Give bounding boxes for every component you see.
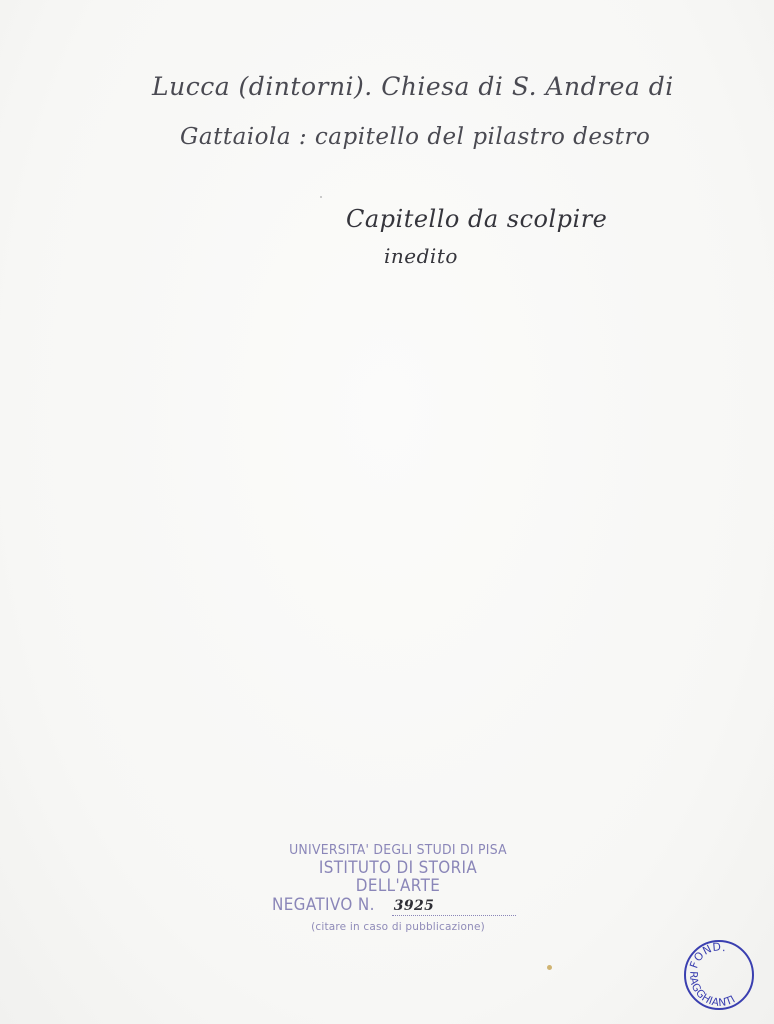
svg-text:RAGGHIANTI: RAGGHIANTI — [687, 971, 738, 1009]
institution-stamp: UNIVERSITA' DEGLI STUDI DI PISA ISTITUTO… — [268, 843, 528, 933]
handwritten-location-note: Lucca (dintorni). Chiesa di S. Andrea di — [152, 72, 674, 101]
stamp-negative-row: NEGATIVO N. 3925 — [268, 896, 528, 915]
negative-label: NEGATIVO N. — [272, 896, 375, 915]
handwritten-description-note: Capitello da scolpire — [346, 205, 607, 233]
seal-bottom-text: RAGGHIANTI — [687, 971, 738, 1009]
stamp-institute: ISTITUTO DI STORIA DELL'ARTE — [278, 859, 517, 897]
ragghianti-seal-icon: FOND. RAGGHIANTI — [683, 939, 755, 1011]
seal-top-text: FOND. — [687, 940, 728, 970]
svg-text:FOND.: FOND. — [687, 940, 728, 970]
stamp-citation-note: (citare in caso di pubblicazione) — [268, 921, 528, 933]
negative-number: 3925 — [392, 898, 516, 915]
paper-speck — [320, 196, 322, 198]
handwritten-subject-note: Gattaiola : capitello del pilastro destr… — [180, 124, 650, 150]
ink-spot — [547, 965, 552, 970]
archive-card: Lucca (dintorni). Chiesa di S. Andrea di… — [0, 0, 774, 1024]
handwritten-status-note: inedito — [384, 244, 458, 268]
stamp-university: UNIVERSITA' DEGLI STUDI DI PISA — [278, 843, 517, 859]
